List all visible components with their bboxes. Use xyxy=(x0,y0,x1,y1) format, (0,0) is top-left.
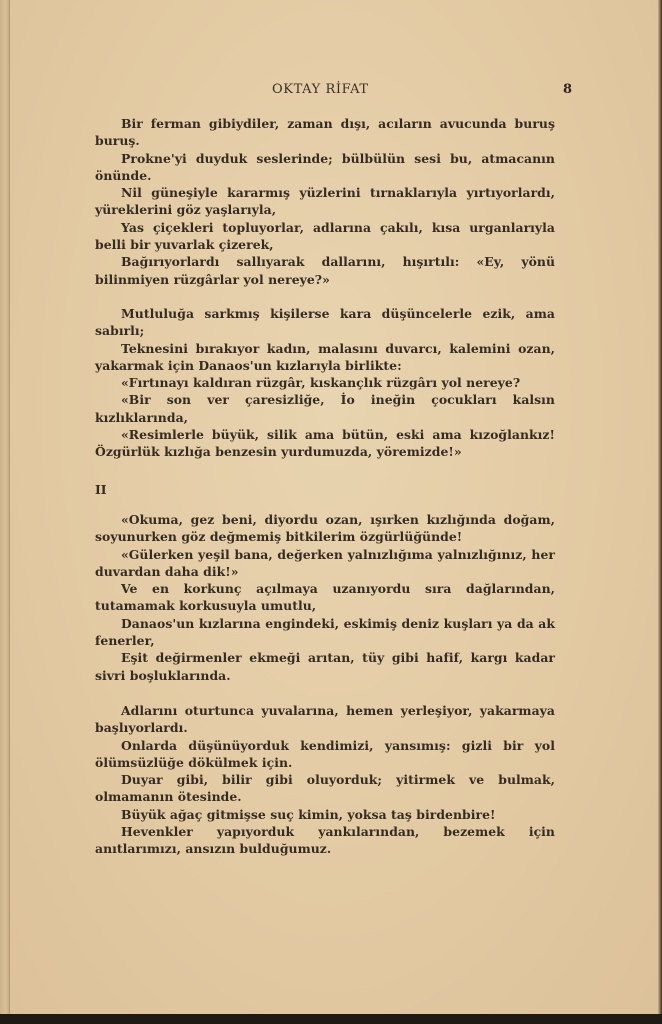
verse-line: «Fırtınayı kaldıran rüzgâr, kıskançlık r… xyxy=(95,374,555,391)
stanza-2: Mutluluğa sarkmış kişilerse kara düşünce… xyxy=(95,305,555,461)
section-heading-ii: II xyxy=(95,482,107,497)
stanza-3: «Okuma, gez beni, diyordu ozan, ışırken … xyxy=(95,511,555,684)
verse-line: «Okuma, gez beni, diyordu ozan, ışırken … xyxy=(95,511,555,546)
verse-line: Büyük ağaç gitmişse suç kimin, yoksa taş… xyxy=(95,806,555,823)
verse-line: Bağırıyorlardı sallıyarak dallarını, hış… xyxy=(95,253,555,288)
stanza-4: Adlarını oturtunca yuvalarına, hemen yer… xyxy=(95,702,555,858)
verse-line: Duyar gibi, bilir gibi oluyorduk; yitirm… xyxy=(95,771,555,806)
verse-line: Onlarda düşünüyorduk kendimizi, yansımış… xyxy=(95,737,555,772)
verse-line: Adlarını oturtunca yuvalarına, hemen yer… xyxy=(95,702,555,737)
verse-line: Mutluluğa sarkmış kişilerse kara düşünce… xyxy=(95,305,555,340)
verse-line: Hevenkler yapıyorduk yankılarından, beze… xyxy=(95,823,555,858)
verse-line: Yas çiçekleri topluyorlar, adlarına çakı… xyxy=(95,219,555,254)
scan-bottom-border xyxy=(0,1014,662,1024)
verse-line: Bir ferman gibiydiler, zaman dışı, acıla… xyxy=(95,115,555,150)
verse-line: «Bir son ver çaresizliğe, İo ineğin çocu… xyxy=(95,391,555,426)
page-header: OKTAY RİFAT 8 xyxy=(0,82,662,100)
verse-line: «Gülerken yeşil bana, değerken yalnızlığ… xyxy=(95,546,555,581)
stanza-1: Bir ferman gibiydiler, zaman dışı, acıla… xyxy=(95,115,555,288)
verse-line: Nil güneşiyle kararmış yüzlerini tırnakl… xyxy=(95,184,555,219)
page-right-edge xyxy=(658,0,662,1014)
running-head-author: OKTAY RİFAT xyxy=(272,82,369,97)
verse-line: Prokne'yi duyduk seslerinde; bülbülün se… xyxy=(95,150,555,185)
verse-line: Ve en korkunç açılmaya uzanıyordu sıra d… xyxy=(95,580,555,615)
verse-line: «Resimlerle büyük, silik ama bütün, eski… xyxy=(95,426,555,461)
verse-line: Danaos'un kızlarına engindeki, eskimiş d… xyxy=(95,615,555,650)
verse-line: Teknesini bırakıyor kadın, malasını duva… xyxy=(95,340,555,375)
verse-line: Eşit değirmenler ekmeği arıtan, tüy gibi… xyxy=(95,649,555,684)
page-number: 8 xyxy=(563,82,572,97)
book-page: OKTAY RİFAT 8 Bir ferman gibiydiler, zam… xyxy=(0,0,662,1014)
page-spine-edge xyxy=(0,0,10,1014)
